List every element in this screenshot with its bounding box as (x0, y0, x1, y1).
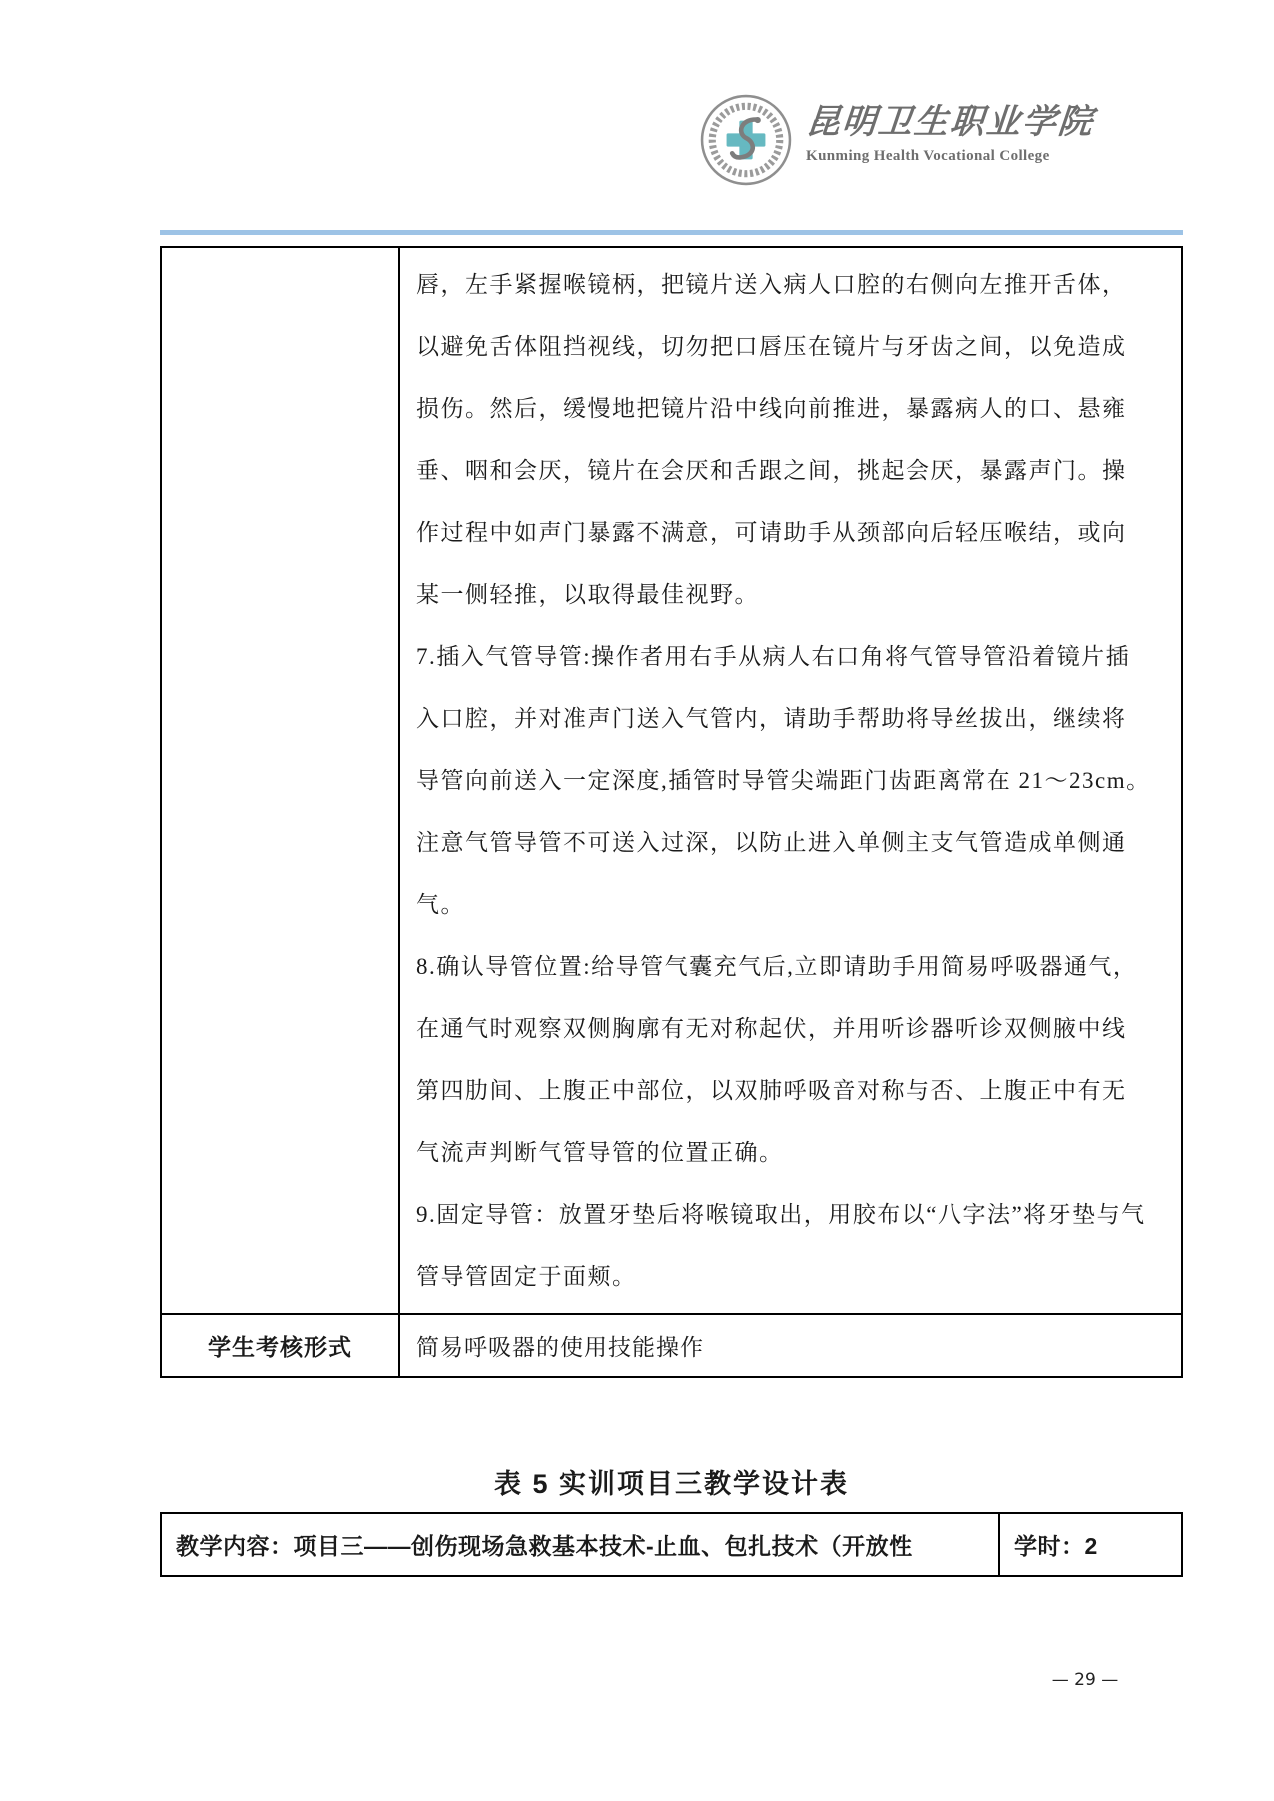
college-name-en: Kunming Health Vocational College (806, 148, 1094, 165)
procedure-line: 第四肋间、上腹正中部位，以双肺呼吸音对称与否、上腹正中有无 (416, 1060, 1169, 1122)
assessment-label: 学生考核形式 (208, 1329, 352, 1362)
procedure-line: 在通气时观察双侧胸廓有无对称起伏，并用听诊器听诊双侧腋中线 (416, 998, 1169, 1060)
college-header: 昆明卫生职业学院 Kunming Health Vocational Colle… (700, 94, 1094, 186)
procedure-line: 7.插入气管导管:操作者用右手从病人右口角将气管导管沿着镜片插 (416, 626, 1169, 688)
procedure-line: 以避免舌体阻挡视线，切勿把口唇压在镜片与牙齿之间，以免造成 (416, 316, 1169, 378)
procedure-line: 注意气管导管不可送入过深，以防止进入单侧主支气管造成单侧通 (416, 812, 1169, 874)
procedure-line: 入口腔，并对准声门送入气管内，请助手帮助将导丝拔出，继续将 (416, 688, 1169, 750)
procedure-text: 唇，左手紧握喉镜柄，把镜片送入病人口腔的右侧向左推开舌体，以避免舌体阻挡视线，切… (416, 254, 1169, 1308)
assessment-label-cell: 学生考核形式 (162, 1313, 400, 1376)
procedure-line: 9.固定导管：放置牙垫后将喉镜取出，用胶布以“八字法”将牙垫与气 (416, 1184, 1169, 1246)
procedure-table: 唇，左手紧握喉镜柄，把镜片送入病人口腔的右侧向左推开舌体，以避免舌体阻挡视线，切… (160, 246, 1183, 1378)
procedure-line: 唇，左手紧握喉镜柄，把镜片送入病人口腔的右侧向左推开舌体， (416, 254, 1169, 316)
header-divider-rule (160, 230, 1183, 235)
table5: 教学内容：项目三——创伤现场急救基本技术-止血、包扎技术（开放性 学时：2 (160, 1512, 1183, 1577)
college-emblem-icon (700, 94, 792, 186)
procedure-line: 导管向前送入一定深度,插管时导管尖端距门齿距离常在 21～23cm。 (416, 750, 1169, 812)
procedure-empty-label-cell (162, 248, 400, 1313)
college-logotype: 昆明卫生职业学院 Kunming Health Vocational Colle… (806, 94, 1094, 165)
assessment-value-cell: 简易呼吸器的使用技能操作 (400, 1313, 1181, 1376)
college-name-zh: 昆明卫生职业学院 (804, 104, 1095, 141)
procedure-line: 气流声判断气管导管的位置正确。 (416, 1122, 1169, 1184)
table5-hours-cell: 学时：2 (998, 1514, 1181, 1575)
assessment-value: 简易呼吸器的使用技能操作 (416, 1329, 704, 1362)
procedure-line: 损伤。然后，缓慢地把镜片沿中线向前推进，暴露病人的口、悬雍 (416, 378, 1169, 440)
table5-title: 表 5 实训项目三教学设计表 (160, 1462, 1183, 1501)
procedure-line: 8.确认导管位置:给导管气囊充气后,立即请助手用简易呼吸器通气， (416, 936, 1169, 998)
procedure-line: 作过程中如声门暴露不满意，可请助手从颈部向后轻压喉结，或向 (416, 502, 1169, 564)
procedure-line: 气。 (416, 874, 1169, 936)
page-number: — 29 — (1040, 1670, 1130, 1690)
procedure-line: 垂、咽和会厌，镜片在会厌和舌跟之间，挑起会厌，暴露声门。操 (416, 440, 1169, 502)
table5-teaching-content-cell: 教学内容：项目三——创伤现场急救基本技术-止血、包扎技术（开放性 (162, 1514, 998, 1575)
procedure-line: 管导管固定于面颊。 (416, 1246, 1169, 1308)
procedure-content-cell: 唇，左手紧握喉镜柄，把镜片送入病人口腔的右侧向左推开舌体，以避免舌体阻挡视线，切… (400, 248, 1181, 1313)
procedure-line: 某一侧轻推，以取得最佳视野。 (416, 564, 1169, 626)
document-page: 昆明卫生职业学院 Kunming Health Vocational Colle… (0, 0, 1274, 1801)
